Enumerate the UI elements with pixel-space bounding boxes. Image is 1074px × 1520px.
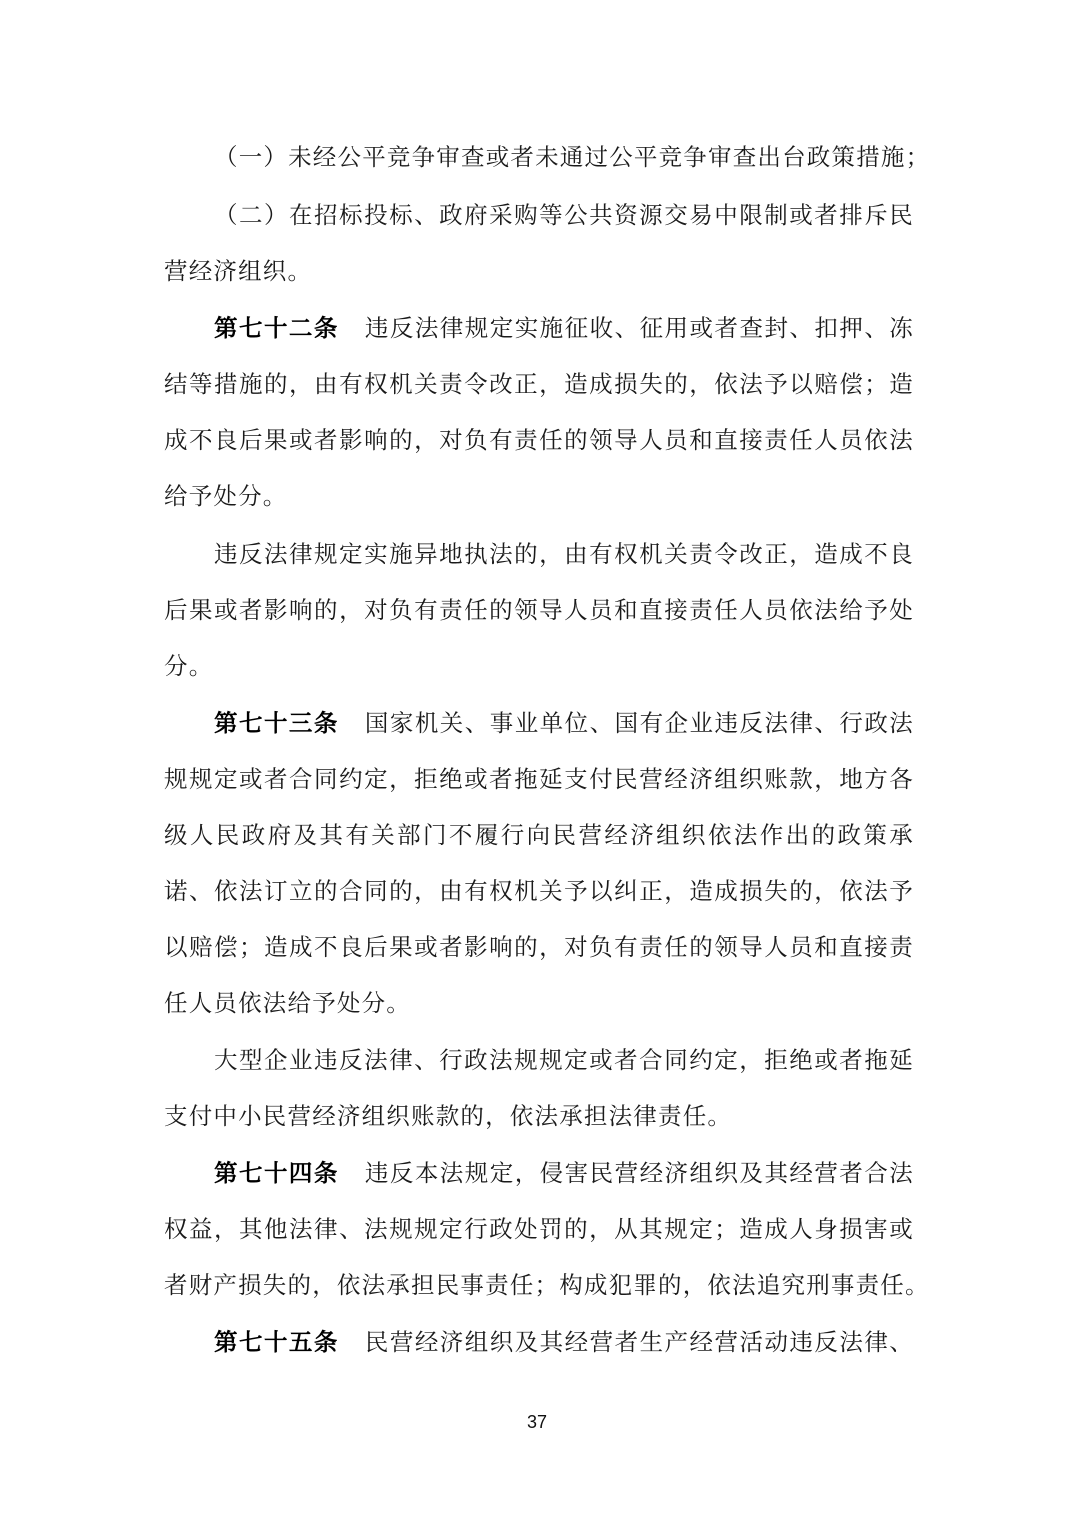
article-73-line-3: 级人民政府及其有关部门不履行向民营经济组织依法作出的政策承 (164, 815, 914, 855)
article-74-line-2: 权益，其他法律、法规规定行政处罚的，从其规定；造成人身损害或 (164, 1209, 914, 1249)
article-73-line-1: 第七十三条国家机关、事业单位、国有企业违反法律、行政法 (214, 703, 914, 743)
para-large-enterprise-line-1: 大型企业违反法律、行政法规规定或者合同约定，拒绝或者拖延 (214, 1040, 914, 1080)
article-72-line-1: 第七十二条违反法律规定实施征收、征用或者查封、扣押、冻 (214, 308, 914, 348)
para-remote-enforcement-line-2: 后果或者影响的，对负有责任的领导人员和直接责任人员依法给予处 (164, 590, 914, 630)
para-large-enterprise-line-2: 支付中小民营经济组织账款的，依法承担法律责任。 (164, 1096, 914, 1136)
article-75-label: 第七十五条 (214, 1328, 339, 1356)
article-73-label: 第七十三条 (214, 709, 339, 737)
document-page: （一）未经公平竞争审查或者未通过公平竞争审查出台政策措施； （二）在招标投标、政… (0, 0, 1074, 1520)
article-73-line-5: 以赔偿；造成不良后果或者影响的，对负有责任的领导人员和直接责 (164, 927, 914, 967)
article-72-line-2: 结等措施的，由有权机关责令改正，造成损失的，依法予以赔偿；造 (164, 364, 914, 404)
article-74-line-3: 者财产损失的，依法承担民事责任；构成犯罪的，依法追究刑事责任。 (164, 1265, 914, 1305)
article-74-text: 违反本法规定，侵害民营经济组织及其经营者合法 (365, 1159, 914, 1187)
article-75-text: 民营经济组织及其经营者生产经营活动违反法律、 (365, 1328, 914, 1356)
article-73-line-4: 诺、依法订立的合同的，由有权机关予以纠正，造成损失的，依法予 (164, 871, 914, 911)
article-73-text: 国家机关、事业单位、国有企业违反法律、行政法 (365, 709, 914, 737)
article-74-line-1: 第七十四条违反本法规定，侵害民营经济组织及其经营者合法 (214, 1153, 914, 1193)
item-2-line-2: 营经济组织。 (164, 251, 914, 291)
article-72-line-3: 成不良后果或者影响的，对负有责任的领导人员和直接责任人员依法 (164, 420, 914, 460)
article-72-line-4: 给予处分。 (164, 476, 914, 516)
page-number: 37 (0, 1412, 1074, 1433)
para-remote-enforcement-line-1: 违反法律规定实施异地执法的，由有权机关责令改正，造成不良 (214, 534, 914, 574)
para-remote-enforcement-line-3: 分。 (164, 646, 914, 686)
article-72-label: 第七十二条 (214, 314, 339, 342)
item-2-line-1: （二）在招标投标、政府采购等公共资源交易中限制或者排斥民 (214, 195, 914, 235)
article-75-line-1: 第七十五条民营经济组织及其经营者生产经营活动违反法律、 (214, 1322, 914, 1362)
article-74-label: 第七十四条 (214, 1159, 339, 1187)
item-1-line-1: （一）未经公平竞争审查或者未通过公平竞争审查出台政策措施； (214, 137, 914, 177)
article-73-line-6: 任人员依法给予处分。 (164, 983, 914, 1023)
article-73-line-2: 规规定或者合同约定，拒绝或者拖延支付民营经济组织账款，地方各 (164, 759, 914, 799)
article-72-text: 违反法律规定实施征收、征用或者查封、扣押、冻 (365, 314, 914, 342)
